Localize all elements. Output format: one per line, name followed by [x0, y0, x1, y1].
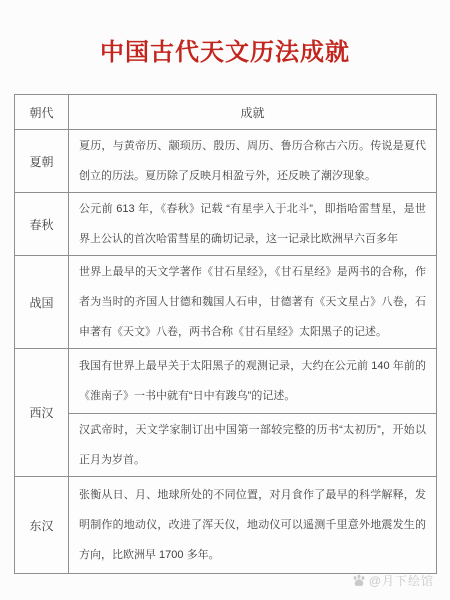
achievement-cell-xia: 夏历，与黄帝历、颛顼历、殷历、周历、鲁历合称古六历。传说是夏代创立的历法。夏历除…: [69, 130, 437, 193]
achievement-cell-chunqiu: 公元前 613 年，《春秋》记载 “有星孛入于北斗”，即指哈雷彗星，是世界上公认…: [69, 193, 437, 256]
page-title: 中国古代天文历法成就: [0, 0, 450, 68]
table-header-row: 朝代 成就: [15, 95, 437, 130]
table-row: 东汉 张衡从日、月、地球所处的不同位置，对月食作了最早的科学解释，发明制作的地动…: [15, 477, 437, 574]
table-row: 汉武帝时，天文学家制订出中国第一部较完整的历书“太初历”，开始以正月为岁首。: [15, 414, 437, 477]
table-row: 夏朝 夏历，与黄帝历、颛顼历、殷历、周历、鲁历合称古六历。传说是夏代创立的历法。…: [15, 130, 437, 193]
table-row: 西汉 我国有世界上最早关于太阳黑子的观测记录，大约在公元前 140 年前的《淮南…: [15, 349, 437, 414]
achievement-cell-donghan: 张衡从日、月、地球所处的不同位置，对月食作了最早的科学解释，发明制作的地动仪，改…: [69, 477, 437, 574]
column-header-dynasty: 朝代: [15, 95, 69, 130]
achievement-cell-xihan-2: 汉武帝时，天文学家制订出中国第一部较完整的历书“太初历”，开始以正月为岁首。: [69, 414, 437, 477]
achievement-cell-xihan-1: 我国有世界上最早关于太阳黑子的观测记录，大约在公元前 140 年前的《淮南子》一…: [69, 349, 437, 414]
table-row: 春秋 公元前 613 年，《春秋》记载 “有星孛入于北斗”，即指哈雷彗星，是世界…: [15, 193, 437, 256]
paw-icon: [352, 574, 366, 587]
dynasty-cell-donghan: 东汉: [15, 477, 69, 574]
dynasty-cell-xia: 夏朝: [15, 130, 69, 193]
table-row: 战国 世界上最早的天文学著作《甘石星经》，《甘石星经》是两书的合称，作者为当时的…: [15, 256, 437, 349]
dynasty-cell-xihan: 西汉: [15, 349, 69, 477]
achievements-table: 朝代 成就 夏朝 夏历，与黄帝历、颛顼历、殷历、周历、鲁历合称古六历。传说是夏代…: [14, 94, 437, 574]
column-header-achievement: 成就: [69, 95, 437, 130]
watermark: @月下绘馆: [352, 572, 434, 589]
achievement-cell-zhanguo: 世界上最早的天文学著作《甘石星经》，《甘石星经》是两书的合称，作者为当时的齐国人…: [69, 256, 437, 349]
dynasty-cell-zhanguo: 战国: [15, 256, 69, 349]
dynasty-cell-chunqiu: 春秋: [15, 193, 69, 256]
watermark-handle: @月下绘馆: [369, 572, 434, 589]
